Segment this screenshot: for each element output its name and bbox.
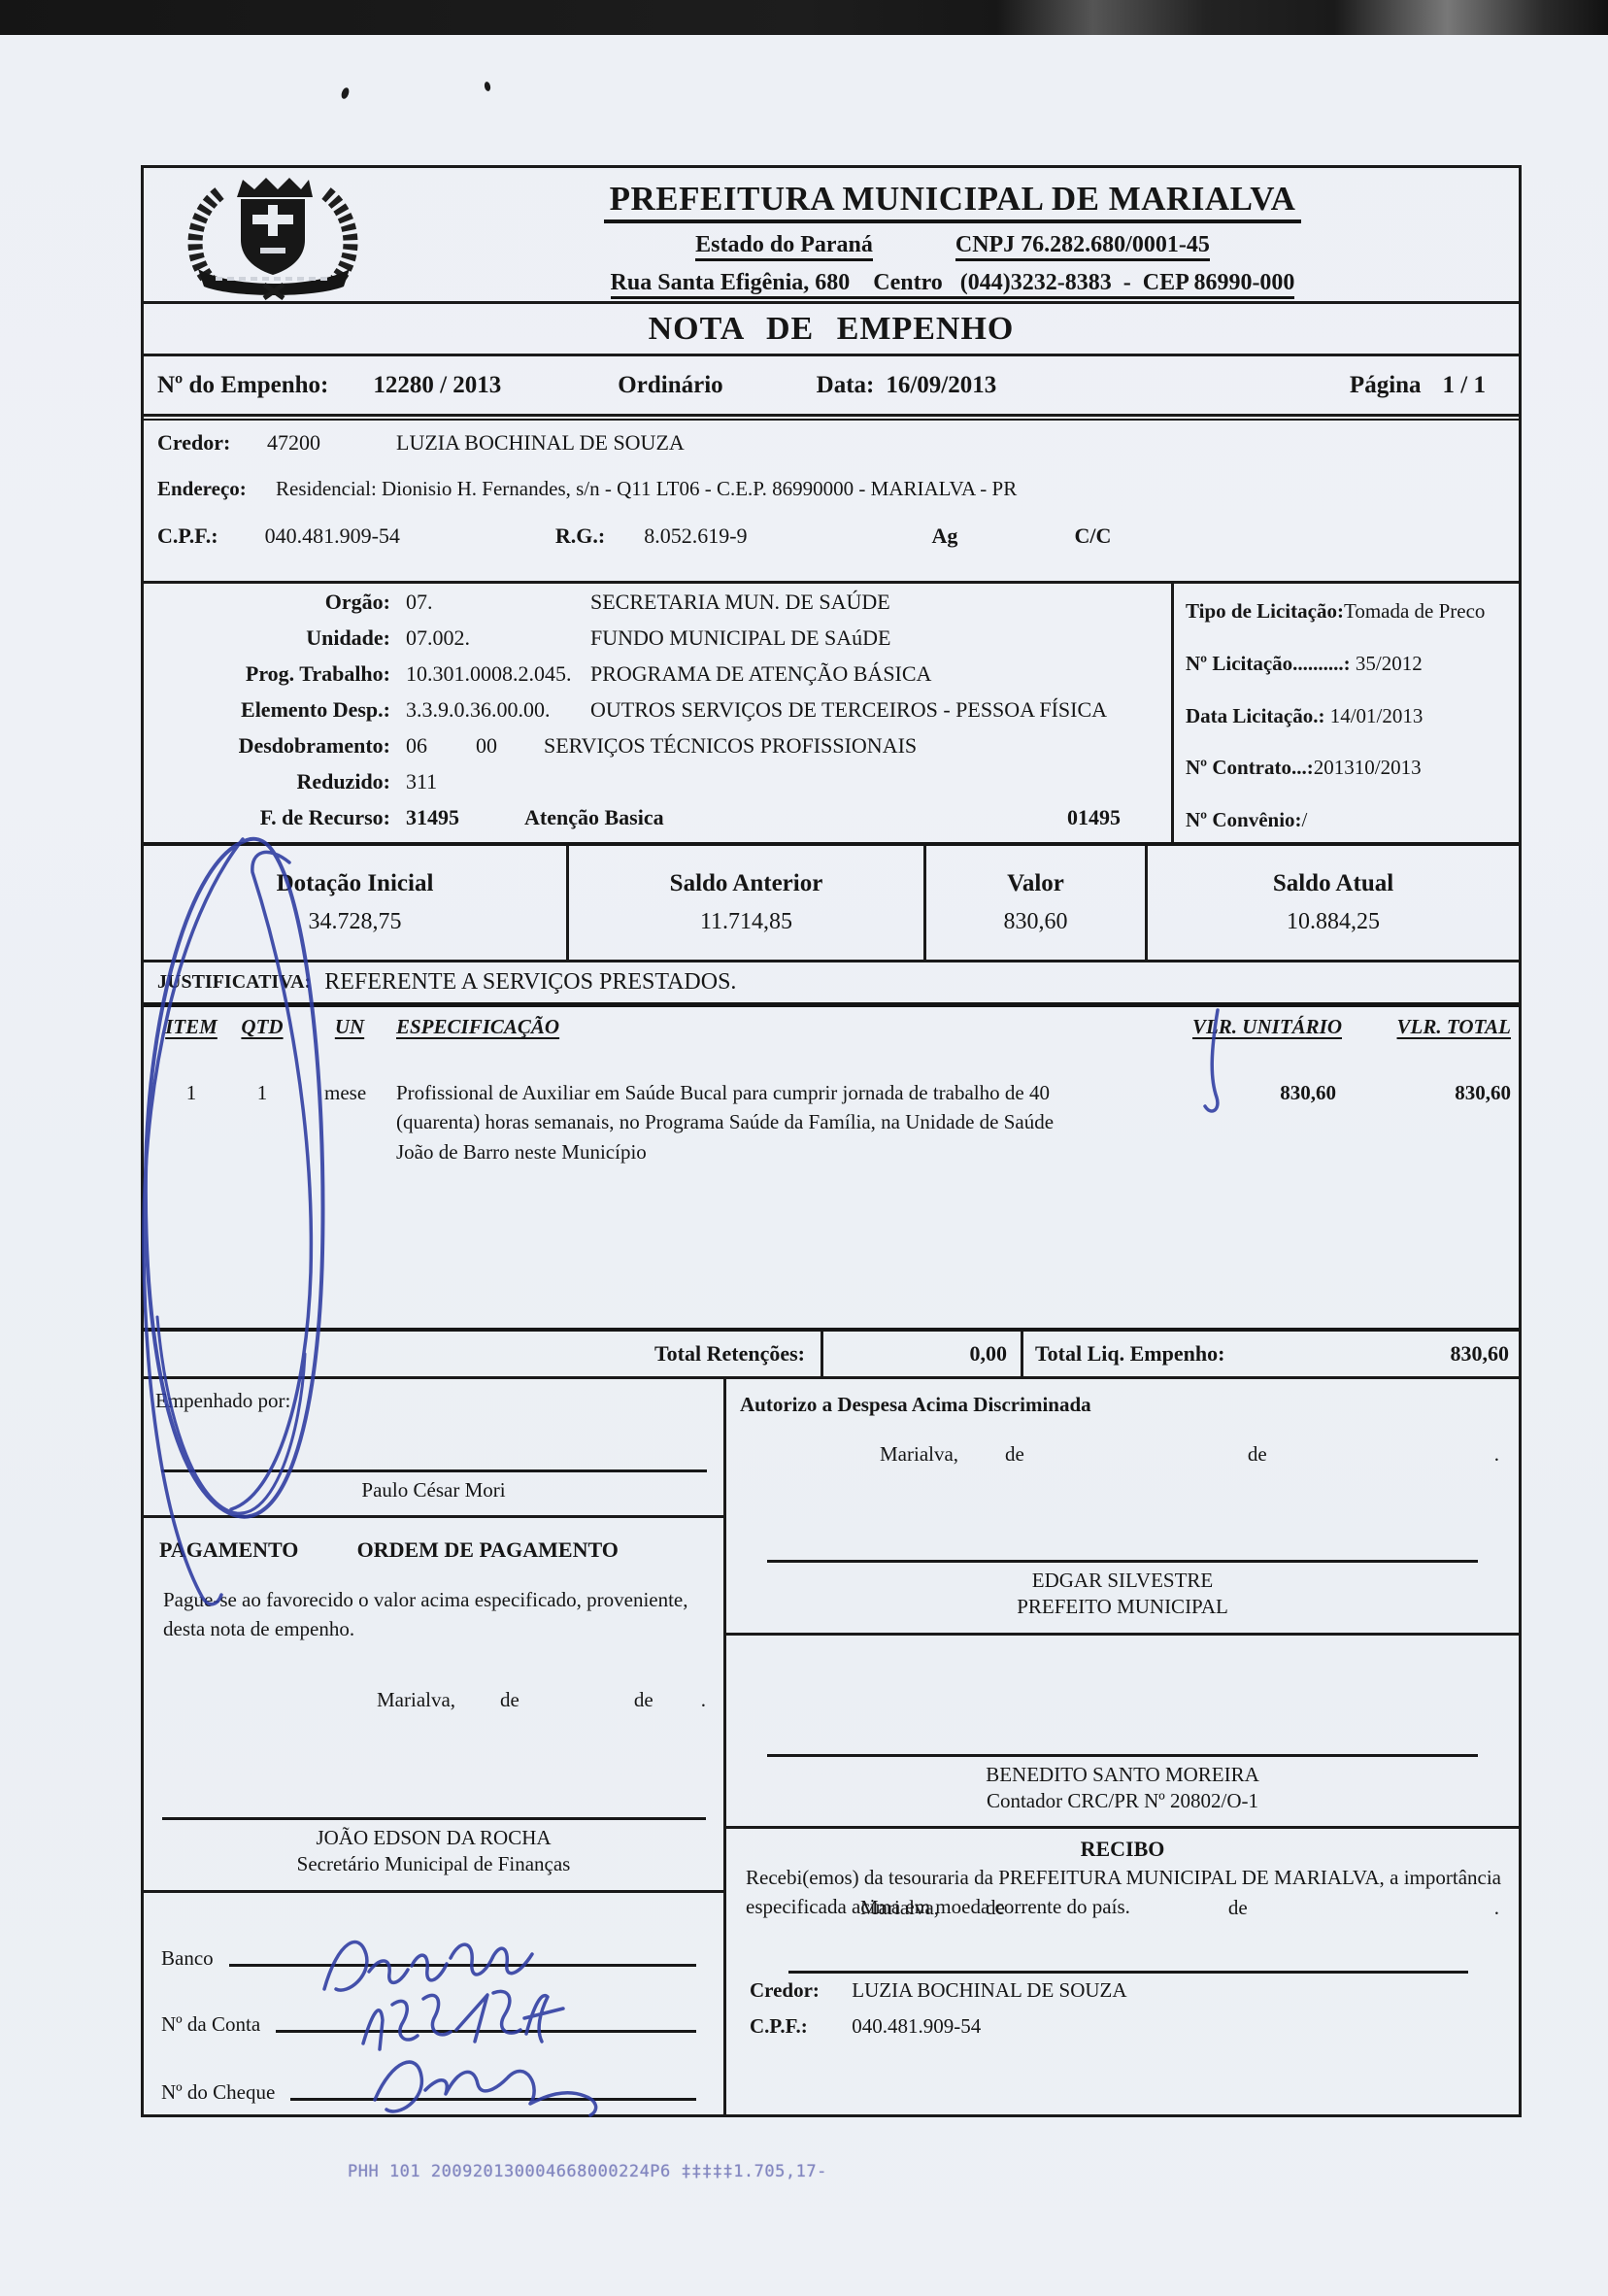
balances-row: Dotação Inicial 34.728,75 Saldo Anterior… — [144, 846, 1519, 962]
empenhado-por-label: Empenhado por: — [155, 1389, 716, 1413]
recurso-label: F. de Recurso: — [144, 805, 398, 830]
col-vlr-unitario: VLR. UNITÁRIO — [1095, 1015, 1342, 1039]
items-header-row: ITEM QTD UN ESPECIFICAÇÃO VLR. UNITÁRIO … — [144, 1015, 1519, 1039]
item-row: 1 1 mese Profissional de Auxiliar em Saú… — [144, 1078, 1519, 1166]
recibo-cpf-value: 040.481.909-54 — [852, 2014, 981, 2038]
signature-line — [788, 1971, 1468, 1974]
item-description: Profissional de Auxiliar em Saúde Bucal … — [396, 1078, 1095, 1166]
benedito-role: Contador CRC/PR Nº 20802/O-1 — [734, 1788, 1511, 1814]
creditor-block: Credor: 47200 LUZIA BOCHINAL DE SOUZA En… — [144, 421, 1519, 584]
recibo-credor-label: Credor: — [750, 1978, 847, 2003]
conta-fill-line — [276, 2023, 696, 2033]
data-licitacao-label: Data Licitação.: — [1186, 704, 1324, 727]
page-label: Página — [1350, 372, 1422, 399]
creditor-address: Residencial: Dionisio H. Fernandes, s/n … — [276, 477, 1017, 501]
convenio-label: Nº Convênio: — [1186, 808, 1302, 831]
prefeitura-title: PREFEITURA MUNICIPAL DE MARIALVA — [604, 180, 1302, 223]
recibo-cpf-label: C.P.F.: — [750, 2014, 847, 2039]
conta-label: Nº da Conta — [161, 2012, 260, 2037]
rg-value: 8.052.619-9 — [644, 523, 747, 549]
saldo-anterior-cell: Saldo Anterior 11.714,85 — [569, 846, 926, 960]
secretario-signature-block: JOÃO EDSON DA ROCHA Secretário Municipal… — [151, 1817, 716, 1878]
signatures-region: Empenhado por: Paulo César Mori PAGAMENT… — [144, 1376, 1519, 2114]
dust-speck — [484, 81, 491, 91]
period: . — [1494, 1442, 1499, 1467]
total-liq-label: Total Liq. Empenho: — [1035, 1341, 1224, 1367]
edgar-silvestre-name: EDGAR SILVESTRE — [734, 1568, 1511, 1594]
city-label: Marialva, — [880, 1442, 958, 1467]
valor-label: Valor — [1007, 870, 1064, 897]
municipal-coat-of-arms-icon — [159, 172, 387, 300]
orgao-label: Orgão: — [144, 590, 398, 615]
recurso-right-code: 01495 — [1067, 805, 1121, 830]
tipo-licitacao-value: Tomada de Preco — [1344, 599, 1485, 623]
de-label: de — [1005, 1442, 1024, 1467]
horizontal-rule — [726, 1826, 1519, 1829]
pagamento-title: PAGAMENTO — [159, 1537, 298, 1563]
prefeito-signature-block: EDGAR SILVESTRE PREFEITO MUNICIPAL — [734, 1560, 1511, 1621]
valor-cell: Valor 830,60 — [926, 846, 1148, 960]
elemento-desc: OUTROS SERVIÇOS DE TERCEIROS - PESSOA FÍ… — [590, 697, 1107, 723]
agency-label: Ag — [932, 523, 958, 549]
orgao-desc: SECRETARIA MUN. DE SAÚDE — [590, 590, 890, 615]
cpf-label: C.P.F.: — [157, 523, 218, 549]
date-label: Data: — [817, 372, 875, 399]
elemento-code: 3.3.9.0.36.00.00. — [398, 697, 590, 723]
crest-wreath-right — [326, 193, 351, 281]
date-value: 16/09/2013 — [886, 372, 996, 399]
period: . — [1494, 1896, 1499, 1920]
signature-line — [767, 1560, 1478, 1563]
scanner-edge-band — [0, 0, 1608, 35]
total-retencoes-value: 0,00 — [970, 1341, 1008, 1367]
saldo-atual-value: 10.884,25 — [1287, 909, 1380, 935]
dust-speck — [340, 86, 351, 100]
justificativa-row: JUSTIFICATIVA: REFERENTE A SERVIÇOS PRES… — [144, 962, 1519, 1007]
conta-row: Nº da Conta — [151, 1994, 716, 2037]
reduzido-label: Reduzido: — [144, 769, 398, 794]
pagamento-paragraph: Pague-se ao favorecido o valor acima esp… — [163, 1586, 706, 1643]
item-unit: mese — [303, 1078, 396, 1166]
col-qtd: QTD — [221, 1015, 303, 1039]
autorizo-date-line: Marialva, de de . — [734, 1442, 1511, 1467]
contador-signature-block: BENEDITO SANTO MOREIRA Contador CRC/PR N… — [734, 1754, 1511, 1815]
pagamento-header: PAGAMENTO ORDEM DE PAGAMENTO — [151, 1537, 716, 1563]
empenho-number: 12280 / 2013 — [373, 372, 501, 399]
de-label: de — [500, 1688, 519, 1712]
saldo-atual-cell: Saldo Atual 10.884,25 — [1148, 846, 1519, 960]
recibo-credor-block: Credor: LUZIA BOCHINAL DE SOUZA C.P.F.: … — [734, 1971, 1511, 2039]
autorizo-title: Autorizo a Despesa Acima Discriminada — [740, 1393, 1511, 1417]
totals-row: Total Retenções: 0,00 Total Liq. Empenho… — [144, 1328, 1519, 1376]
data-licitacao-value: 14/01/2013 — [1330, 704, 1424, 727]
signature-line — [162, 1817, 706, 1820]
horizontal-rule — [726, 1633, 1519, 1636]
address-label: Endereço: — [157, 477, 264, 501]
empenho-type: Ordinário — [618, 372, 722, 399]
creditor-name: LUZIA BOCHINAL DE SOUZA — [396, 430, 685, 456]
crest-cross-horizontal — [252, 215, 293, 224]
de-label: de — [634, 1688, 653, 1712]
col-un: UN — [303, 1015, 396, 1039]
banco-label: Banco — [161, 1946, 214, 1971]
crest-crown — [237, 178, 313, 197]
prog-trabalho-code: 10.301.0008.2.045. — [398, 661, 590, 687]
saldo-anterior-label: Saldo Anterior — [670, 870, 823, 897]
dotacao-inicial-value: 34.728,75 — [309, 909, 402, 935]
address-line: Rua Santa Efigênia, 680 Centro (044)3232… — [611, 270, 1295, 299]
paulo-cesar-mori-name: Paulo César Mori — [151, 1477, 716, 1503]
col-item: ITEM — [161, 1015, 221, 1039]
budget-block: Orgão: 07. SECRETARIA MUN. DE SAÚDE Unid… — [144, 584, 1519, 846]
col-especificacao: ESPECIFICAÇÃO — [396, 1015, 1095, 1039]
state-label: Estado do Paraná — [695, 232, 873, 261]
dotacao-inicial-cell: Dotação Inicial 34.728,75 — [144, 846, 569, 960]
signature-line — [767, 1754, 1478, 1757]
item-unit-price: 830,60 — [1095, 1078, 1342, 1166]
num-licitacao-label: Nº Licitação..........: — [1186, 652, 1351, 675]
elemento-label: Elemento Desp.: — [144, 697, 398, 723]
account-label: C/C — [1074, 523, 1111, 549]
recibo-title: RECIBO — [734, 1837, 1511, 1862]
de-label: de — [1228, 1896, 1248, 1920]
recurso-desc: Atenção Basica — [524, 805, 664, 830]
banco-fill-line — [229, 1957, 696, 1967]
prog-trabalho-desc: PROGRAMA DE ATENÇÃO BÁSICA — [590, 661, 931, 687]
reduzido-code: 311 — [398, 769, 590, 794]
benedito-name: BENEDITO SANTO MOREIRA — [734, 1762, 1511, 1788]
num-licitacao-value: 35/2012 — [1356, 652, 1423, 675]
col-vlr-total: VLR. TOTAL — [1342, 1015, 1511, 1039]
right-signature-column: Autorizo a Despesa Acima Discriminada Ma… — [726, 1379, 1519, 2114]
recibo-credor-name: LUZIA BOCHINAL DE SOUZA — [852, 1978, 1126, 2002]
empenhado-signature-block: Paulo César Mori — [151, 1469, 716, 1503]
desdobramento-code: 06 — [398, 733, 476, 759]
de-label: de — [1248, 1442, 1267, 1467]
period: . — [701, 1688, 706, 1712]
joao-edson-name: JOÃO EDSON DA ROCHA — [151, 1825, 716, 1851]
cheque-label: Nº do Cheque — [161, 2080, 275, 2105]
page-number: 1 / 1 — [1443, 372, 1486, 399]
signature-line — [161, 1469, 707, 1472]
joao-edson-role: Secretário Municipal de Finanças — [151, 1851, 716, 1877]
document-frame: PREFEITURA MUNICIPAL DE MARIALVA Estado … — [141, 165, 1522, 2117]
empenho-number-label: Nº do Empenho: — [157, 372, 328, 399]
item-number: 1 — [161, 1078, 221, 1166]
orgao-code: 07. — [398, 590, 590, 615]
valor-value: 830,60 — [1004, 909, 1068, 935]
item-qty: 1 — [221, 1078, 303, 1166]
contrato-value: 201310/2013 — [1314, 756, 1422, 779]
document-title-bar: NOTA DE EMPENHO — [144, 304, 1519, 356]
cnpj-label: CNPJ 76.282.680/0001-45 — [955, 232, 1210, 261]
rg-label: R.G.: — [555, 523, 605, 549]
unidade-code: 07.002. — [398, 625, 590, 651]
crest-wreath-left — [195, 193, 219, 281]
empenho-row: Nº do Empenho: 12280 / 2013 Ordinário Da… — [144, 356, 1519, 417]
recurso-code: 31495 — [398, 805, 524, 830]
pagamento-date-line: Marialva, de de . — [151, 1688, 716, 1712]
prog-trabalho-label: Prog. Trabalho: — [144, 661, 398, 687]
tipo-licitacao-label: Tipo de Licitação: — [1186, 599, 1344, 623]
justificativa-text: REFERENTE A SERVIÇOS PRESTADOS. — [324, 969, 736, 996]
desdobramento-label: Desdobramento: — [144, 733, 398, 759]
total-retencoes-label: Total Retenções: — [654, 1341, 805, 1367]
cheque-fill-line — [290, 2091, 696, 2101]
city-label: Marialva, — [377, 1688, 455, 1712]
dot-matrix-footer: PHH 101 200920130004668000224P6 ‡‡‡‡‡1.7… — [348, 2162, 827, 2181]
unidade-label: Unidade: — [144, 625, 398, 651]
city-label: Marialva, — [860, 1896, 939, 1920]
unidade-desc: FUNDO MUNICIPAL DE SAúDE — [590, 625, 890, 651]
left-signature-column: Empenhado por: Paulo César Mori PAGAMENT… — [144, 1379, 726, 2114]
cheque-row: Nº do Cheque — [151, 2062, 716, 2105]
saldo-atual-label: Saldo Atual — [1273, 870, 1393, 897]
edgar-silvestre-role: PREFEITO MUNICIPAL — [734, 1594, 1511, 1620]
saldo-anterior-value: 11.714,85 — [700, 909, 792, 935]
scanned-document-page: PREFEITURA MUNICIPAL DE MARIALVA Estado … — [0, 0, 1608, 2296]
document-title: NOTA DE EMPENHO — [649, 311, 1015, 348]
horizontal-rule — [144, 1890, 723, 1893]
item-total-price: 830,60 — [1342, 1078, 1511, 1166]
desdobramento-desc: SERVIÇOS TÉCNICOS PROFISSIONAIS — [544, 733, 917, 759]
budget-classification: Orgão: 07. SECRETARIA MUN. DE SAÚDE Unid… — [144, 584, 1171, 842]
desdobramento-code2: 00 — [476, 733, 544, 759]
creditor-label: Credor: — [157, 430, 250, 456]
de-label: de — [986, 1896, 1005, 1920]
licitacao-box: Tipo de Licitação:Tomada de Preco Nº Lic… — [1171, 584, 1519, 842]
total-liq-value: 830,60 — [1451, 1341, 1510, 1367]
horizontal-rule — [144, 1515, 723, 1518]
justificativa-label: JUSTIFICATIVA: — [157, 971, 311, 994]
creditor-code: 47200 — [267, 430, 320, 456]
items-table: ITEM QTD UN ESPECIFICAÇÃO VLR. UNITÁRIO … — [144, 1007, 1519, 1328]
contrato-label: Nº Contrato...: — [1186, 756, 1314, 779]
dotacao-inicial-label: Dotação Inicial — [277, 870, 434, 897]
ordem-pagamento-title: ORDEM DE PAGAMENTO — [357, 1537, 619, 1563]
crest-emblem — [260, 248, 285, 253]
cpf-value: 040.481.909-54 — [265, 523, 400, 549]
convenio-value: / — [1302, 808, 1308, 831]
banco-row: Banco — [151, 1928, 716, 1971]
document-header: PREFEITURA MUNICIPAL DE MARIALVA Estado … — [144, 168, 1519, 304]
